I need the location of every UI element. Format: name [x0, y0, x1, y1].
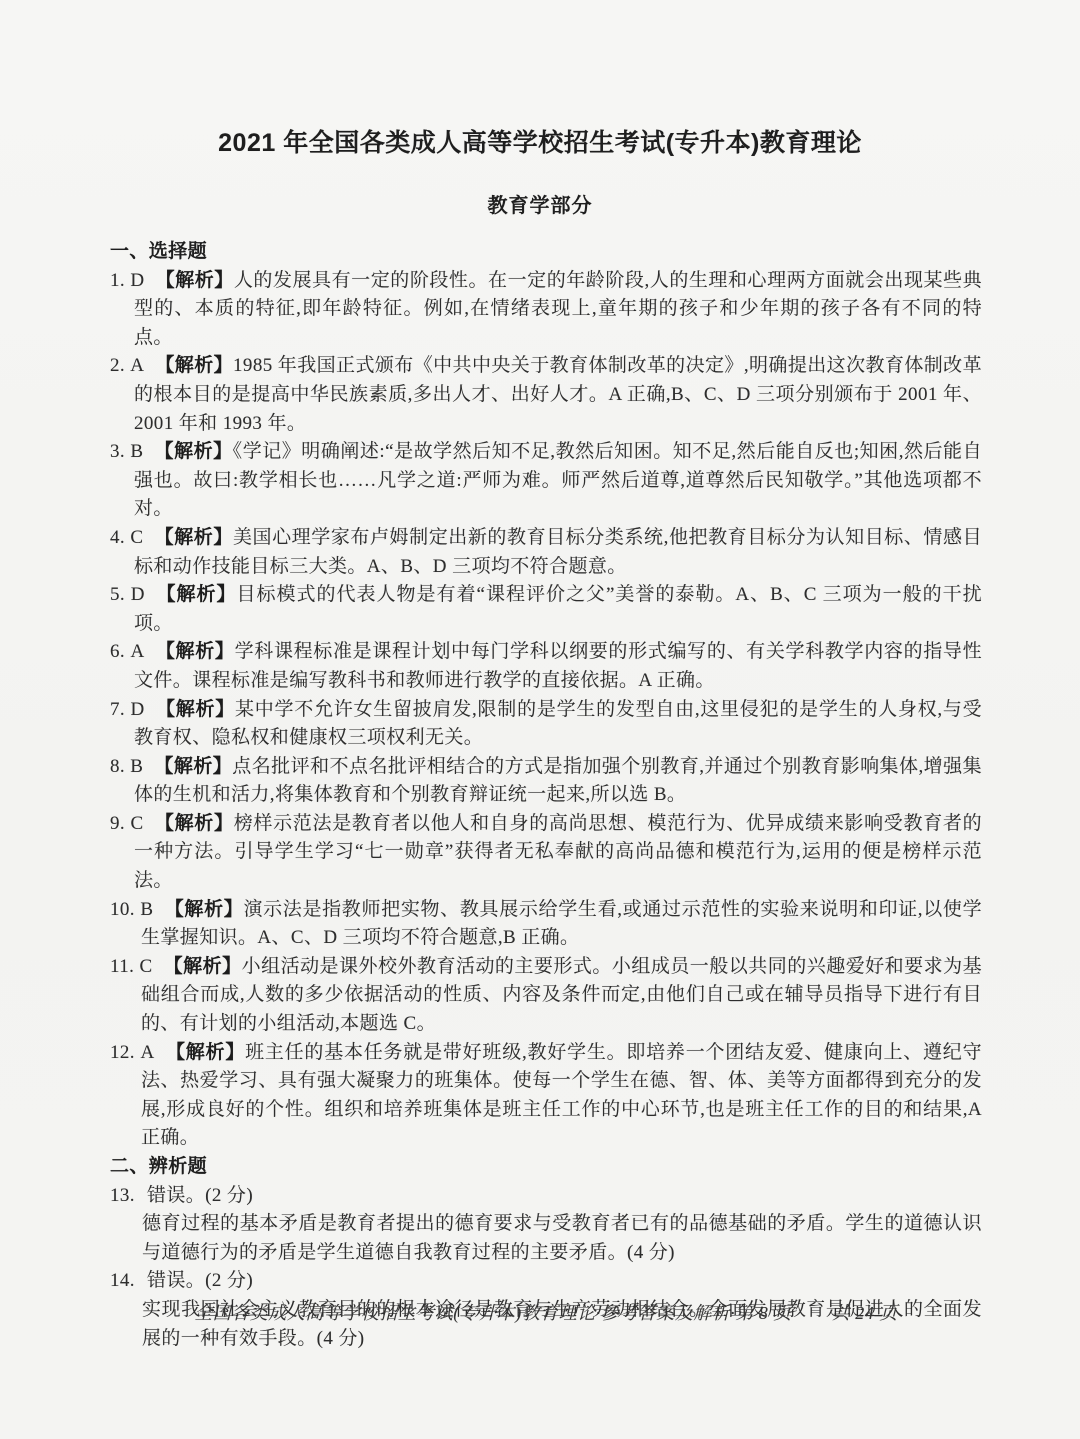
answers-content: 一、选择题1. D【解析】人的发展具有一定的阶段性。在一定的年龄阶段,人的生理和…: [110, 238, 982, 1353]
answer-item: 11. C【解析】小组活动是课外校外教育活动的主要形式。小组成员一般以共同的兴趣…: [110, 953, 982, 1039]
answer-item: 6. A【解析】学科课程标准是课程计划中每门学科以纲要的形式编写的、有关学科教学…: [110, 638, 982, 695]
answer-item: 13.错误。(2 分) 德育过程的基本矛盾是教育者提出的德育要求与受教育者已有的…: [110, 1182, 982, 1268]
analysis-label: 【解析】: [156, 699, 235, 720]
answer-item: 2. A【解析】1985 年我国正式颁布《中共中央关于教育体制改革的决定》,明确…: [110, 352, 982, 438]
analysis-label: 【解析】: [156, 584, 237, 605]
item-number-and-answer: 8. B: [110, 756, 143, 777]
answer-item: 12. A【解析】班主任的基本任务就是带好班级,教好学生。即培养一个团结友爱、健…: [110, 1039, 982, 1153]
answer-item: 10. B【解析】演示法是指教师把实物、教具展示给学生看,或通过示范性的实验来说…: [110, 896, 982, 953]
analysis-label: 【解析】: [166, 1042, 245, 1063]
answer-item: 5. D【解析】目标模式的代表人物是有着“课程评价之父”美誉的泰勒。A、B、C …: [110, 581, 982, 638]
analysis-text: 小组活动是课外校外教育活动的主要形式。小组成员一般以共同的兴趣爱好和要求为基础组…: [141, 956, 982, 1034]
judge-answer-line: 13.错误。(2 分): [110, 1182, 982, 1211]
answer-item: 9. C【解析】榜样示范法是教育者以他人和自身的高尚思想、模范行为、优异成绩来影…: [110, 810, 982, 896]
analysis-text: 某中学不允许女生留披肩发,限制的是学生的发型自由,这里侵犯的是学生的人身权,与受…: [134, 699, 982, 749]
item-number: 13.: [110, 1185, 135, 1206]
item-number-and-answer: 11. C: [110, 956, 153, 977]
item-number-and-answer: 1. D: [110, 270, 144, 291]
analysis-label: 【解析】: [156, 641, 235, 662]
analysis-text: 班主任的基本任务就是带好班级,教好学生。即培养一个团结友爱、健康向上、遵纪守法、…: [141, 1042, 982, 1149]
analysis-label: 【解析】: [164, 899, 243, 920]
analysis-text: 演示法是指教师把实物、教具展示给学生看,或通过示范性的实验来说明和印证,以使学生…: [141, 899, 982, 949]
answer-item: 7. D【解析】某中学不允许女生留披肩发,限制的是学生的发型自由,这里侵犯的是学…: [110, 696, 982, 753]
analysis-text: 点名批评和不点名批评相结合的方式是指加强个别教育,并通过个别教育影响集体,增强集…: [134, 756, 982, 806]
analysis-text: 榜样示范法是教育者以他人和自身的高尚思想、模范行为、优异成绩来影响受教育者的一种…: [134, 813, 982, 891]
item-number-and-answer: 6. A: [110, 641, 145, 662]
answer-item: 4. C【解析】美国心理学家布卢姆制定出新的教育目标分类系统,他把教育目标分为认…: [110, 524, 982, 581]
analysis-label: 【解析】: [154, 527, 232, 548]
judge-answer: 错误。(2 分): [147, 1270, 253, 1291]
analysis-label: 【解析】: [154, 441, 232, 462]
page-footer: 全国各类成人高等学校招生考试(专升本)教育理论·参考答案及解析·第 8 页共 2…: [110, 1300, 982, 1326]
item-number-and-answer: 12. A: [110, 1042, 155, 1063]
answer-item: 1. D【解析】人的发展具有一定的阶段性。在一定的年龄阶段,人的生理和心理两方面…: [110, 267, 982, 353]
analysis-label: 【解析】: [164, 956, 242, 977]
item-number-and-answer: 9. C: [110, 813, 144, 834]
item-number-and-answer: 2. A: [110, 355, 144, 376]
judge-explanation: 德育过程的基本矛盾是教育者提出的德育要求与受教育者已有的品德基础的矛盾。学生的道…: [142, 1210, 982, 1267]
analysis-label: 【解析】: [154, 756, 232, 777]
page-title: 2021 年全国各类成人高等学校招生考试(专升本)教育理论: [0, 0, 1080, 158]
scanned-document-page: 2021 年全国各类成人高等学校招生考试(专升本)教育理论 教育学部分 一、选择…: [0, 0, 1080, 1439]
analysis-text: 1985 年我国正式颁布《中共中央关于教育体制改革的决定》,明确提出这次教育体制…: [134, 355, 982, 433]
item-number-and-answer: 7. D: [110, 699, 145, 720]
item-number: 14.: [110, 1270, 135, 1291]
analysis-text: 目标模式的代表人物是有着“课程评价之父”美誉的泰勒。A、B、C 三项为一般的干扰…: [134, 584, 982, 634]
analysis-text: 学科课程标准是课程计划中每门学科以纲要的形式编写的、有关学科教学内容的指导性文件…: [134, 641, 982, 691]
footer-total-pages: 共 24 页: [832, 1303, 898, 1323]
item-number-and-answer: 5. D: [110, 584, 145, 605]
analysis-label: 【解析】: [155, 270, 233, 291]
answer-item: 8. B【解析】点名批评和不点名批评相结合的方式是指加强个别教育,并通过个别教育…: [110, 753, 982, 810]
analysis-label: 【解析】: [155, 355, 233, 376]
item-number-and-answer: 3. B: [110, 441, 143, 462]
page-subtitle: 教育学部分: [0, 194, 1080, 218]
section-heading: 二、辨析题: [110, 1153, 982, 1182]
analysis-text: 人的发展具有一定的阶段性。在一定的年龄阶段,人的生理和心理两方面就会出现某些典型…: [134, 270, 982, 348]
analysis-text: 《学记》明确阐述:“是故学然后知不足,教然后知困。知不足,然后能自反也;知困,然…: [134, 441, 982, 519]
section-heading: 一、选择题: [110, 238, 982, 267]
judge-answer-line: 14.错误。(2 分): [110, 1267, 982, 1296]
analysis-label: 【解析】: [155, 813, 234, 834]
item-number-and-answer: 10. B: [110, 899, 153, 920]
item-number-and-answer: 4. C: [110, 527, 143, 548]
analysis-text: 美国心理学家布卢姆制定出新的教育目标分类系统,他把教育目标分为认知目标、情感目标…: [134, 527, 982, 577]
judge-answer: 错误。(2 分): [147, 1185, 253, 1206]
answer-item: 3. B【解析】《学记》明确阐述:“是故学然后知不足,教然后知困。知不足,然后能…: [110, 438, 982, 524]
footer-document-label: 全国各类成人高等学校招生考试(专升本)教育理论·参考答案及解析·第 8 页: [194, 1303, 792, 1323]
